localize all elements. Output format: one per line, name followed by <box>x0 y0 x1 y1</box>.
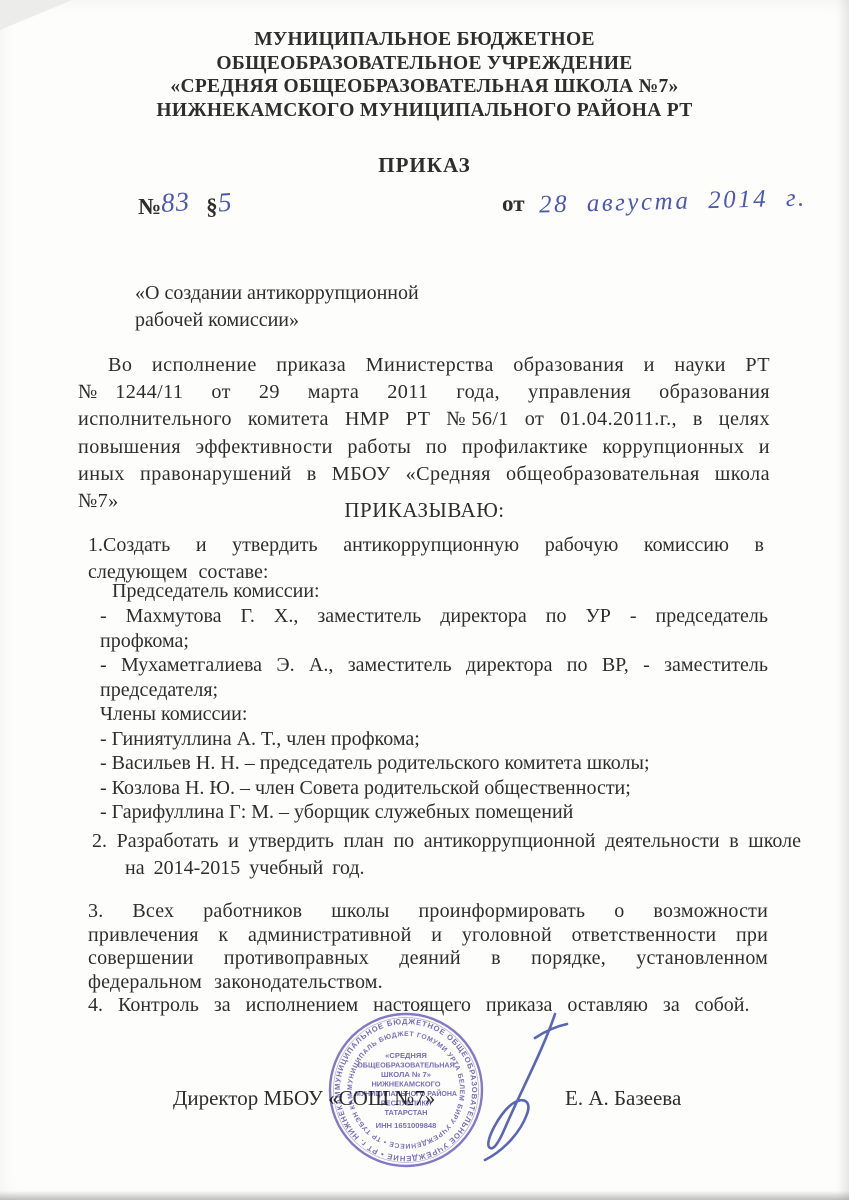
commission-member: - Гарифуллина Г: М. – уборщик служебных … <box>100 800 768 825</box>
org-header: МУНИЦИПАЛЬНОЕ БЮДЖЕТНОЕ ОБЩЕОБРАЗОВАТЕЛЬ… <box>60 28 789 122</box>
order-items-3-4: 3. Всех работников школы проинформироват… <box>88 900 768 1018</box>
paragraph-handwritten: 5 <box>217 187 234 219</box>
paragraph-sign: § <box>206 194 218 219</box>
date-label: от <box>502 191 525 216</box>
commission-list: - Махмутова Г. Х., заместитель директора… <box>100 604 768 825</box>
commission-member: - Васильев Н. Н. – председатель родитель… <box>100 751 768 776</box>
order-item-3: 3. Всех работников школы проинформироват… <box>88 900 768 994</box>
scan-corner-artifact <box>0 0 72 30</box>
order-subject: «О создании антикоррупционной рабочей ко… <box>135 280 419 334</box>
subject-line-2: рабочей комиссии» <box>135 307 419 334</box>
order-item-1: 1.Создать и утвердить антикоррупционную … <box>88 532 764 586</box>
resolution-word: ПРИКАЗЫВАЮ: <box>0 498 849 523</box>
svg-text:РЕСПУБЛИКИ: РЕСПУБЛИКИ <box>381 1099 432 1108</box>
org-header-line-3: «СРЕДНЯЯ ОБЩЕОБРАЗОВАТЕЛЬНАЯ ШКОЛА №7» <box>60 75 789 99</box>
svg-text:МУНИЦИПАЛЬНОГО РАЙОНА: МУНИЦИПАЛЬНОГО РАЙОНА <box>355 1089 457 1098</box>
number-handwritten: 83 <box>160 186 191 219</box>
scanned-order-document: МУНИЦИПАЛЬНОЕ БЮДЖЕТНОЕ ОБЩЕОБРАЗОВАТЕЛЬ… <box>0 0 849 1200</box>
commission-members-heading: Члены комиссии: <box>100 702 768 727</box>
svg-text:«СРЕДНЯЯ: «СРЕДНЯЯ <box>385 1051 427 1060</box>
preamble-paragraph: Во исполнение приказа Министерства образ… <box>78 352 770 515</box>
svg-text:ШКОЛА № 7»: ШКОЛА № 7» <box>381 1070 431 1079</box>
doc-title: ПРИКАЗ <box>0 153 849 178</box>
commission-member: - Мухаметгалиева Э. А., заместитель дире… <box>100 653 768 702</box>
stamp-center-text: «СРЕДНЯЯ ОБЩЕОБРАЗОВАТЕЛЬНАЯ ШКОЛА № 7» … <box>355 1051 457 1130</box>
commission-member: - Махмутова Г. Х., заместитель директора… <box>100 604 768 653</box>
stamp-inn: ИНН 1651009848 <box>376 1121 437 1130</box>
scan-bottom-shadow <box>0 1191 849 1200</box>
number-sign: № <box>138 194 161 219</box>
org-header-line-1: МУНИЦИПАЛЬНОЕ БЮДЖЕТНОЕ <box>60 28 789 52</box>
svg-text:ОБЩЕОБРАЗОВАТЕЛЬНАЯ: ОБЩЕОБРАЗОВАТЕЛЬНАЯ <box>357 1061 455 1070</box>
subject-line-1: «О создании антикоррупционной <box>135 280 419 307</box>
commission-member: - Козлова Н. Ю. – член Совета родительск… <box>100 776 768 801</box>
svg-text:ТАТАРСТАН: ТАТАРСТАН <box>384 1108 427 1117</box>
org-header-line-4: НИЖНЕКАМСКОГО МУНИЦИПАЛЬНОГО РАЙОНА РТ <box>60 99 789 123</box>
order-number-row: №83§5 <box>138 190 232 221</box>
director-signature <box>455 1000 595 1180</box>
chair-heading: Председатель комиссии: <box>112 580 320 603</box>
scan-edge-shade <box>837 0 849 1200</box>
order-item-2: 2. Разработать и утвердить план по антик… <box>92 828 801 882</box>
commission-member: - Гиниятуллина А. Т., член профкома; <box>100 727 768 752</box>
order-date-row: от28 августа 2014 г. <box>502 190 806 218</box>
org-header-line-2: ОБЩЕОБРАЗОВАТЕЛЬНОЕ УЧРЕЖДЕНИЕ <box>60 52 789 76</box>
date-handwritten: 28 августа 2014 г. <box>538 185 806 220</box>
svg-text:НИЖНЕКАМСКОГО: НИЖНЕКАМСКОГО <box>371 1080 440 1089</box>
